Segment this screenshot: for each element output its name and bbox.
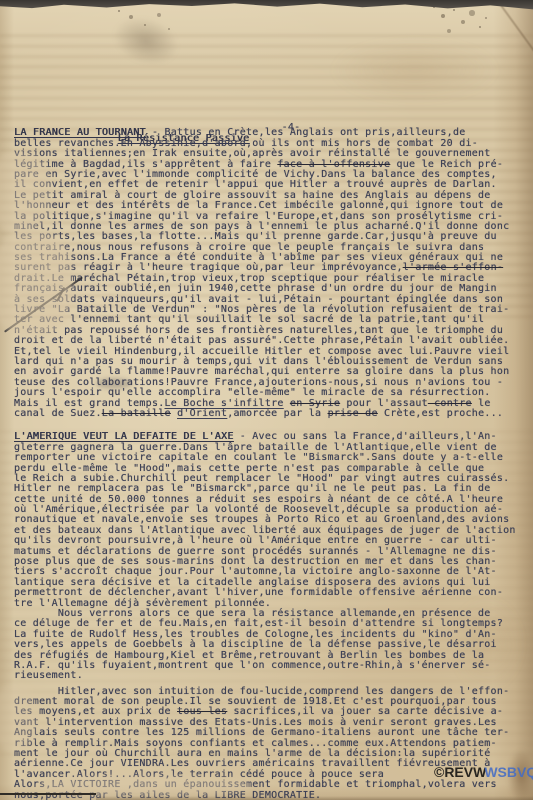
para-amerique-defaite-axe: L'AMERIQUE VEUT LA DEFAITE DE L'AXE - Av… — [14, 432, 526, 609]
scan-edge-shadow — [96, 796, 533, 800]
text-content: -4- La Résistance Passive LA FRANCE AU T… — [14, 113, 526, 800]
watermark-blue-text: WSBVQUEISTAVOr — [484, 764, 533, 780]
ink-smudge — [96, 378, 132, 389]
scan-edge-line — [0, 793, 96, 795]
text-line: rieusement. — [14, 671, 526, 681]
text-line: R.A.F. qu'ils fuyaient,montrent que l'on… — [14, 661, 526, 671]
para-hitler-intuition: Hitler,avec son intuition de fou-lucide,… — [14, 687, 526, 800]
text-line: canal de Suez.La bataille d'Orient,amorc… — [14, 409, 526, 419]
para-la-france-au-tournant: LA FRANCE AU TOURNANT - Battus en Crète,… — [14, 128, 526, 419]
para-nous-verrons: Nous verrons alors ce que sera la résist… — [14, 609, 526, 682]
page-header: -4- La Résistance Passive — [14, 113, 526, 123]
watermark-black-text: ©REVW — [434, 764, 486, 780]
paper-stain — [330, 38, 500, 102]
document-page: -4- La Résistance Passive LA FRANCE AU T… — [0, 0, 533, 800]
torn-edge-top — [0, 0, 533, 12]
ink-specks — [118, 10, 120, 12]
watermark: ©REVWWSBVQUEISTAVOr — [434, 764, 533, 780]
ink-smudge-stain — [107, 9, 186, 74]
